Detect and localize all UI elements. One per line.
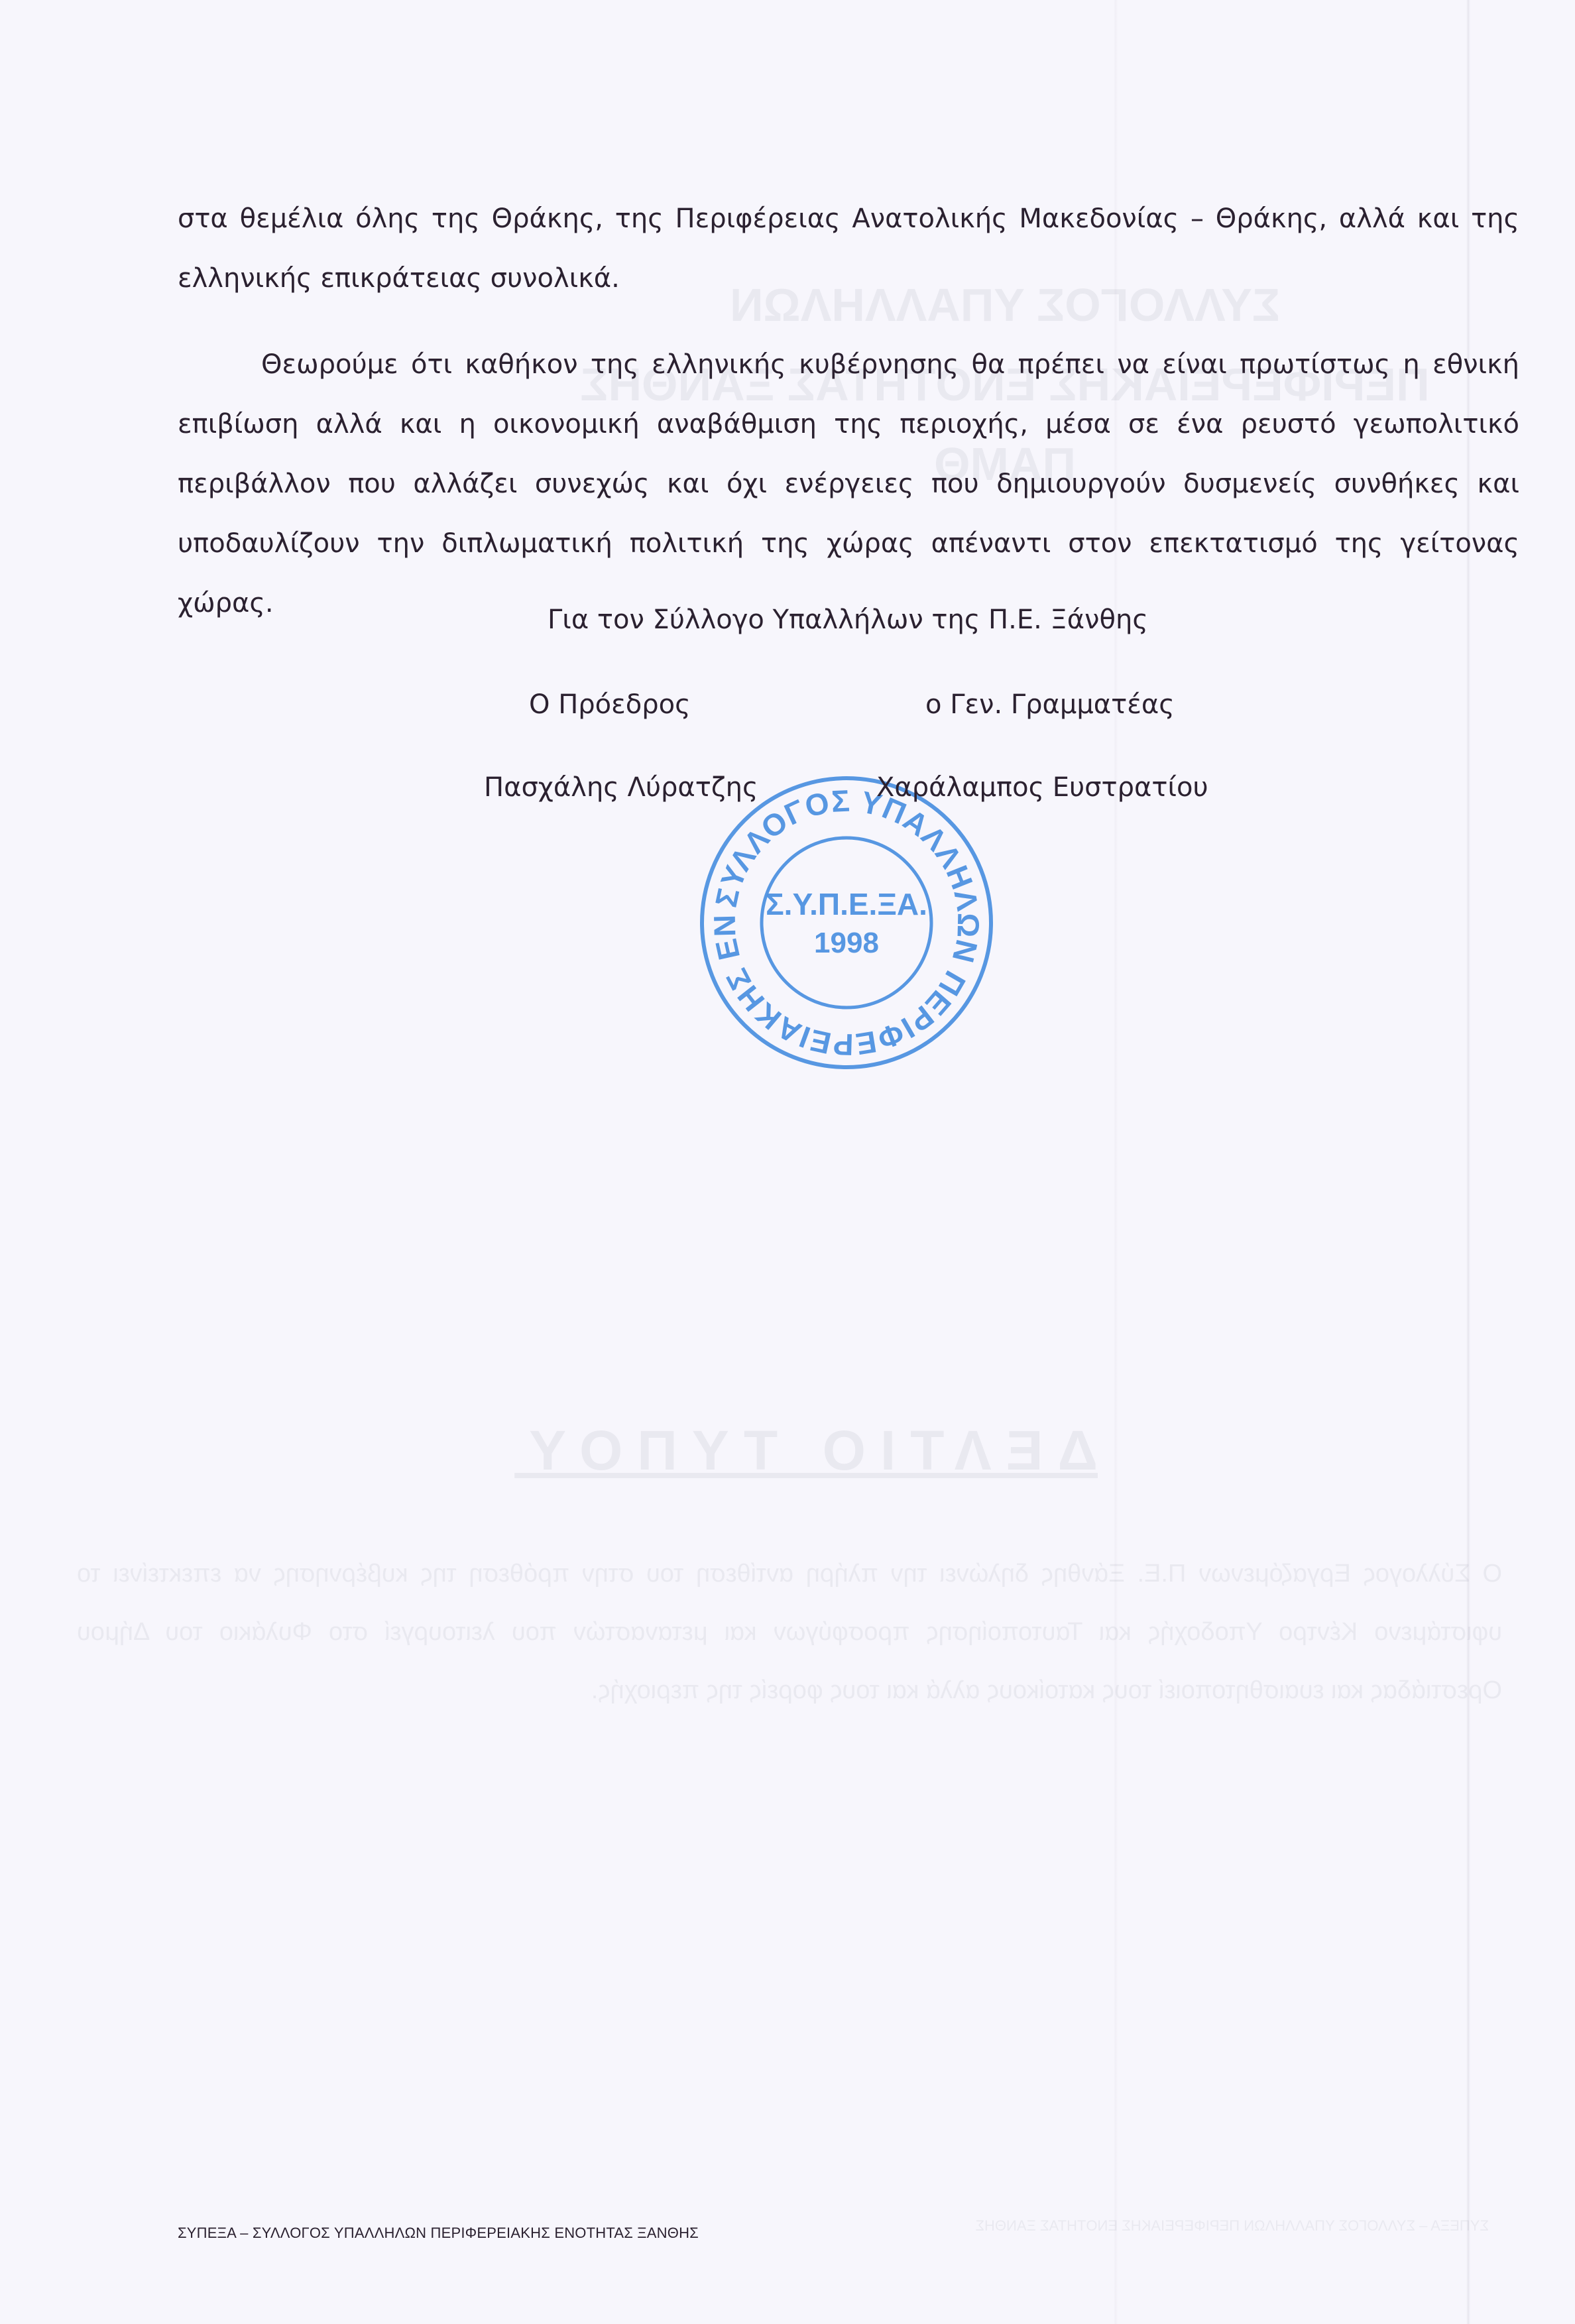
document-page: στα θεμέλια όλης της Θράκης, της Περιφέρ… [0,0,1575,2324]
paragraph-position: Θεωρούμε ότι καθήκον της ελληνικής κυβέρ… [178,335,1519,633]
secretary-title: ο Γεν. Γραμματέας [925,689,1175,720]
secretary-name: Χαράλαμπος Ευστρατίου [876,772,1208,803]
stamp-year: 1998 [814,927,879,959]
paragraph-continuation: στα θεμέλια όλης της Θράκης, της Περιφέρ… [178,189,1519,308]
page-footer: ΣΥΠΕΞΑ – ΣΥΛΛΟΓΟΣ ΥΠΑΛΛΗΛΩΝ ΠΕΡΙΦΕΡΕΙΑΚΗ… [178,2225,699,2242]
president-title: Ο Πρόεδρος [529,689,691,720]
association-stamp: ΣΥΛΛΟΓΟΣ ΥΠΑΛΛΗΛΩΝ ΠΕΡΙΦΕΡΕΙΑΚΗΣ ΕΝΟΤΗΤΑ… [691,770,1002,1075]
stamp-seal-icon: ΣΥΛΛΟΓΟΣ ΥΠΑΛΛΗΛΩΝ ΠΕΡΙΦΕΡΕΙΑΚΗΣ ΕΝΟΤΗΤΑ… [691,770,1002,1075]
letter-body: στα θεμέλια όλης της Θράκης, της Περιφέρ… [178,189,1519,633]
stamp-abbreviation: Σ.Υ.Π.Ε.ΞΑ. [766,887,927,921]
signature-header: Για τον Σύλλογο Υπαλλήλων της Π.Ε. Ξάνθη… [548,605,1148,635]
